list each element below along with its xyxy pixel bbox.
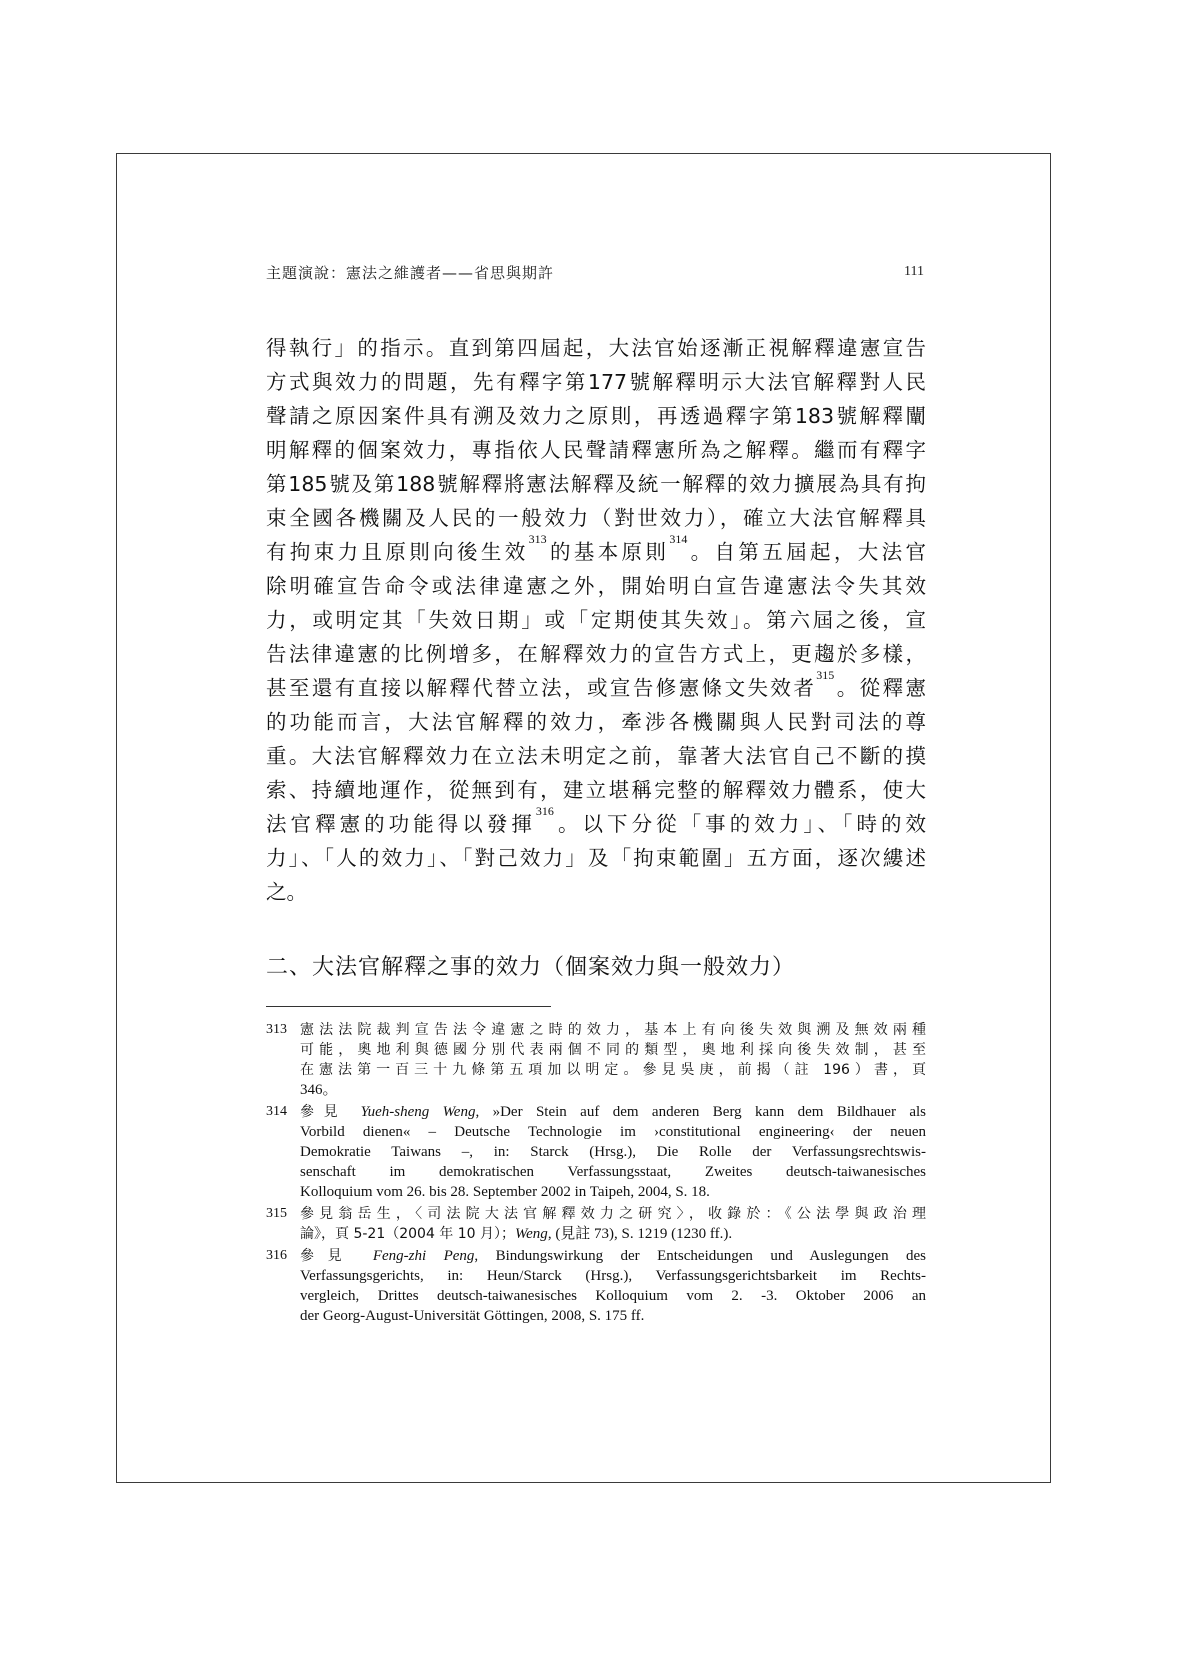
text-run: , Bindungswirkung der Entscheidungen und… bbox=[474, 1248, 926, 1264]
footnote-number: 313 bbox=[266, 1020, 287, 1040]
footnote-line: 憲法法院裁判宣告法令違憲之時的效力，基本上有向後失效與溯及無效兩種 bbox=[300, 1020, 926, 1040]
body-line: 明解釋的個案效力，專指依人民聲請釋憲所為之解釋。繼而有釋字 bbox=[266, 433, 926, 467]
text-run: 法官釋憲的功能得以發揮 bbox=[266, 812, 536, 836]
body-line: 告法律違憲的比例增多，在解釋效力的宣告方式上，更趨於多樣， bbox=[266, 637, 926, 671]
body-line: 第185號及第188號解釋將憲法解釋及統一解釋的效力擴展為具有拘 bbox=[266, 467, 926, 501]
text-run: 。從釋憲 bbox=[834, 676, 926, 700]
footnotes: 313 憲法法院裁判宣告法令違憲之時的效力，基本上有向後失效與溯及無效兩種 可能… bbox=[266, 1020, 926, 1328]
footnote-ref-313[interactable]: 313 bbox=[529, 532, 547, 546]
body-line: 除明確宣告命令或法律違憲之外，開始明白宣告違憲法令失其效 bbox=[266, 569, 926, 603]
footnote-line: Vorbild dienen« – Deutsche Technologie i… bbox=[300, 1122, 926, 1142]
body-line: 力，或明定其「失效日期」或「定期使其失效」。第六屆之後，宣 bbox=[266, 603, 926, 637]
text-run: 有拘束力且原則向後生效 bbox=[266, 540, 529, 564]
body-line: 法官釋憲的功能得以發揮316。以下分從「事的效力」、「時的效 bbox=[266, 807, 926, 841]
text-run: 。以下分從「事的效力」、「時的效 bbox=[554, 812, 926, 836]
footnote-line: 論》，頁 5-21（2004 年 10 月）；Weng, (見註 73), S.… bbox=[300, 1224, 926, 1244]
footnote-line: 346。 bbox=[300, 1080, 926, 1100]
footnote-divider bbox=[266, 1006, 551, 1007]
body-paragraph: 得執行」的指示。直到第四屆起，大法官始逐漸正視解釋違憲宣告 方式與效力的問題，先… bbox=[266, 331, 926, 909]
footnote-number: 314 bbox=[266, 1102, 287, 1122]
author-name: Feng-zhi Peng bbox=[373, 1248, 475, 1264]
text-run: 。自第五屆起，大法官 bbox=[687, 540, 926, 564]
ref-prefix: 參見 bbox=[300, 1248, 355, 1264]
footnote-line: Kolloquium vom 26. bis 28. September 200… bbox=[300, 1182, 926, 1202]
footnote-line: 參見 Yueh-sheng Weng, »Der Stein auf dem a… bbox=[300, 1102, 926, 1122]
body-line: 之。 bbox=[266, 875, 926, 909]
body-line: 力」、「人的效力」、「對己效力」及「拘束範圍」五方面，逐次縷述 bbox=[266, 841, 926, 875]
footnote-ref-314[interactable]: 314 bbox=[669, 532, 687, 546]
footnote-line: 可能，奧地利與德國分別代表兩個不同的類型，奧地利採向後失效制，甚至 bbox=[300, 1040, 926, 1060]
footnote-313: 313 憲法法院裁判宣告法令違憲之時的效力，基本上有向後失效與溯及無效兩種 可能… bbox=[266, 1020, 926, 1100]
author-name: Yueh-sheng Weng bbox=[361, 1104, 476, 1120]
footnote-ref-316[interactable]: 316 bbox=[536, 804, 554, 818]
body-line: 的功能而言，大法官解釋的效力，牽涉各機關與人民對司法的尊 bbox=[266, 705, 926, 739]
footnote-line: Demokratie Taiwans –, in: Starck (Hrsg.)… bbox=[300, 1142, 926, 1162]
footnote-line: 參見翁岳生，〈司法院大法官解釋效力之研究〉，收錄於：《公法學與政治理 bbox=[300, 1204, 926, 1224]
running-header: 主題演說：憲法之維護者——省思與期許 111 bbox=[266, 262, 924, 284]
body-line: 束全國各機關及人民的一般效力（對世效力），確立大法官解釋具 bbox=[266, 501, 926, 535]
footnote-314: 314 參見 Yueh-sheng Weng, »Der Stein auf d… bbox=[266, 1102, 926, 1202]
footnote-line: der Georg-August-Universität Göttingen, … bbox=[300, 1306, 926, 1326]
ref-prefix: 參見 bbox=[300, 1104, 347, 1120]
footnote-316: 316 參見 Feng-zhi Peng, Bindungswirkung de… bbox=[266, 1246, 926, 1326]
body-line: 得執行」的指示。直到第四屆起，大法官始逐漸正視解釋違憲宣告 bbox=[266, 331, 926, 365]
body-line: 有拘束力且原則向後生效313的基本原則314。自第五屆起，大法官 bbox=[266, 535, 926, 569]
text-run: , (見註 73), S. 1219 (1230 ff.). bbox=[548, 1226, 732, 1242]
footnote-line: vergleich, Drittes deutsch-taiwanesische… bbox=[300, 1286, 926, 1306]
footnote-315: 315 參見翁岳生，〈司法院大法官解釋效力之研究〉，收錄於：《公法學與政治理 論… bbox=[266, 1204, 926, 1244]
author-name: Weng bbox=[515, 1226, 548, 1242]
text-run: 論》，頁 5-21（2004 年 10 月）； bbox=[300, 1226, 515, 1242]
footnote-number: 316 bbox=[266, 1246, 287, 1266]
body-line: 方式與效力的問題，先有釋字第177號解釋明示大法官解釋對人民 bbox=[266, 365, 926, 399]
footnote-ref-315[interactable]: 315 bbox=[816, 668, 834, 682]
page-number: 111 bbox=[904, 264, 924, 280]
text-run: , »Der Stein auf dem anderen Berg kann d… bbox=[475, 1104, 926, 1120]
body-line: 甚至還有直接以解釋代替立法，或宣告修憲條文失效者315。從釋憲 bbox=[266, 671, 926, 705]
running-title: 主題演說：憲法之維護者——省思與期許 bbox=[266, 262, 554, 283]
text-run: 甚至還有直接以解釋代替立法，或宣告修憲條文失效者 bbox=[266, 676, 816, 700]
body-line: 索、持續地運作，從無到有，建立堪稱完整的解釋效力體系，使大 bbox=[266, 773, 926, 807]
footnote-line: senschaft im demokratischen Verfassungss… bbox=[300, 1162, 926, 1182]
footnote-line: 在憲法第一百三十九條第五項加以明定。參見吳庚，前揭（註 196）書，頁 bbox=[300, 1060, 926, 1080]
footnote-number: 315 bbox=[266, 1204, 287, 1224]
body-line: 重。大法官解釋效力在立法未明定之前，靠著大法官自己不斷的摸 bbox=[266, 739, 926, 773]
text-run: 的基本原則 bbox=[547, 540, 670, 564]
section-heading: 二、大法官解釋之事的效力（個案效力與一般效力） bbox=[266, 950, 795, 981]
footnote-line: Verfassungsgerichts, in: Heun/Starck (Hr… bbox=[300, 1266, 926, 1286]
body-line: 聲請之原因案件具有溯及效力之原則，再透過釋字第183號解釋闡 bbox=[266, 399, 926, 433]
footnote-line: 參見 Feng-zhi Peng, Bindungswirkung der En… bbox=[300, 1246, 926, 1266]
